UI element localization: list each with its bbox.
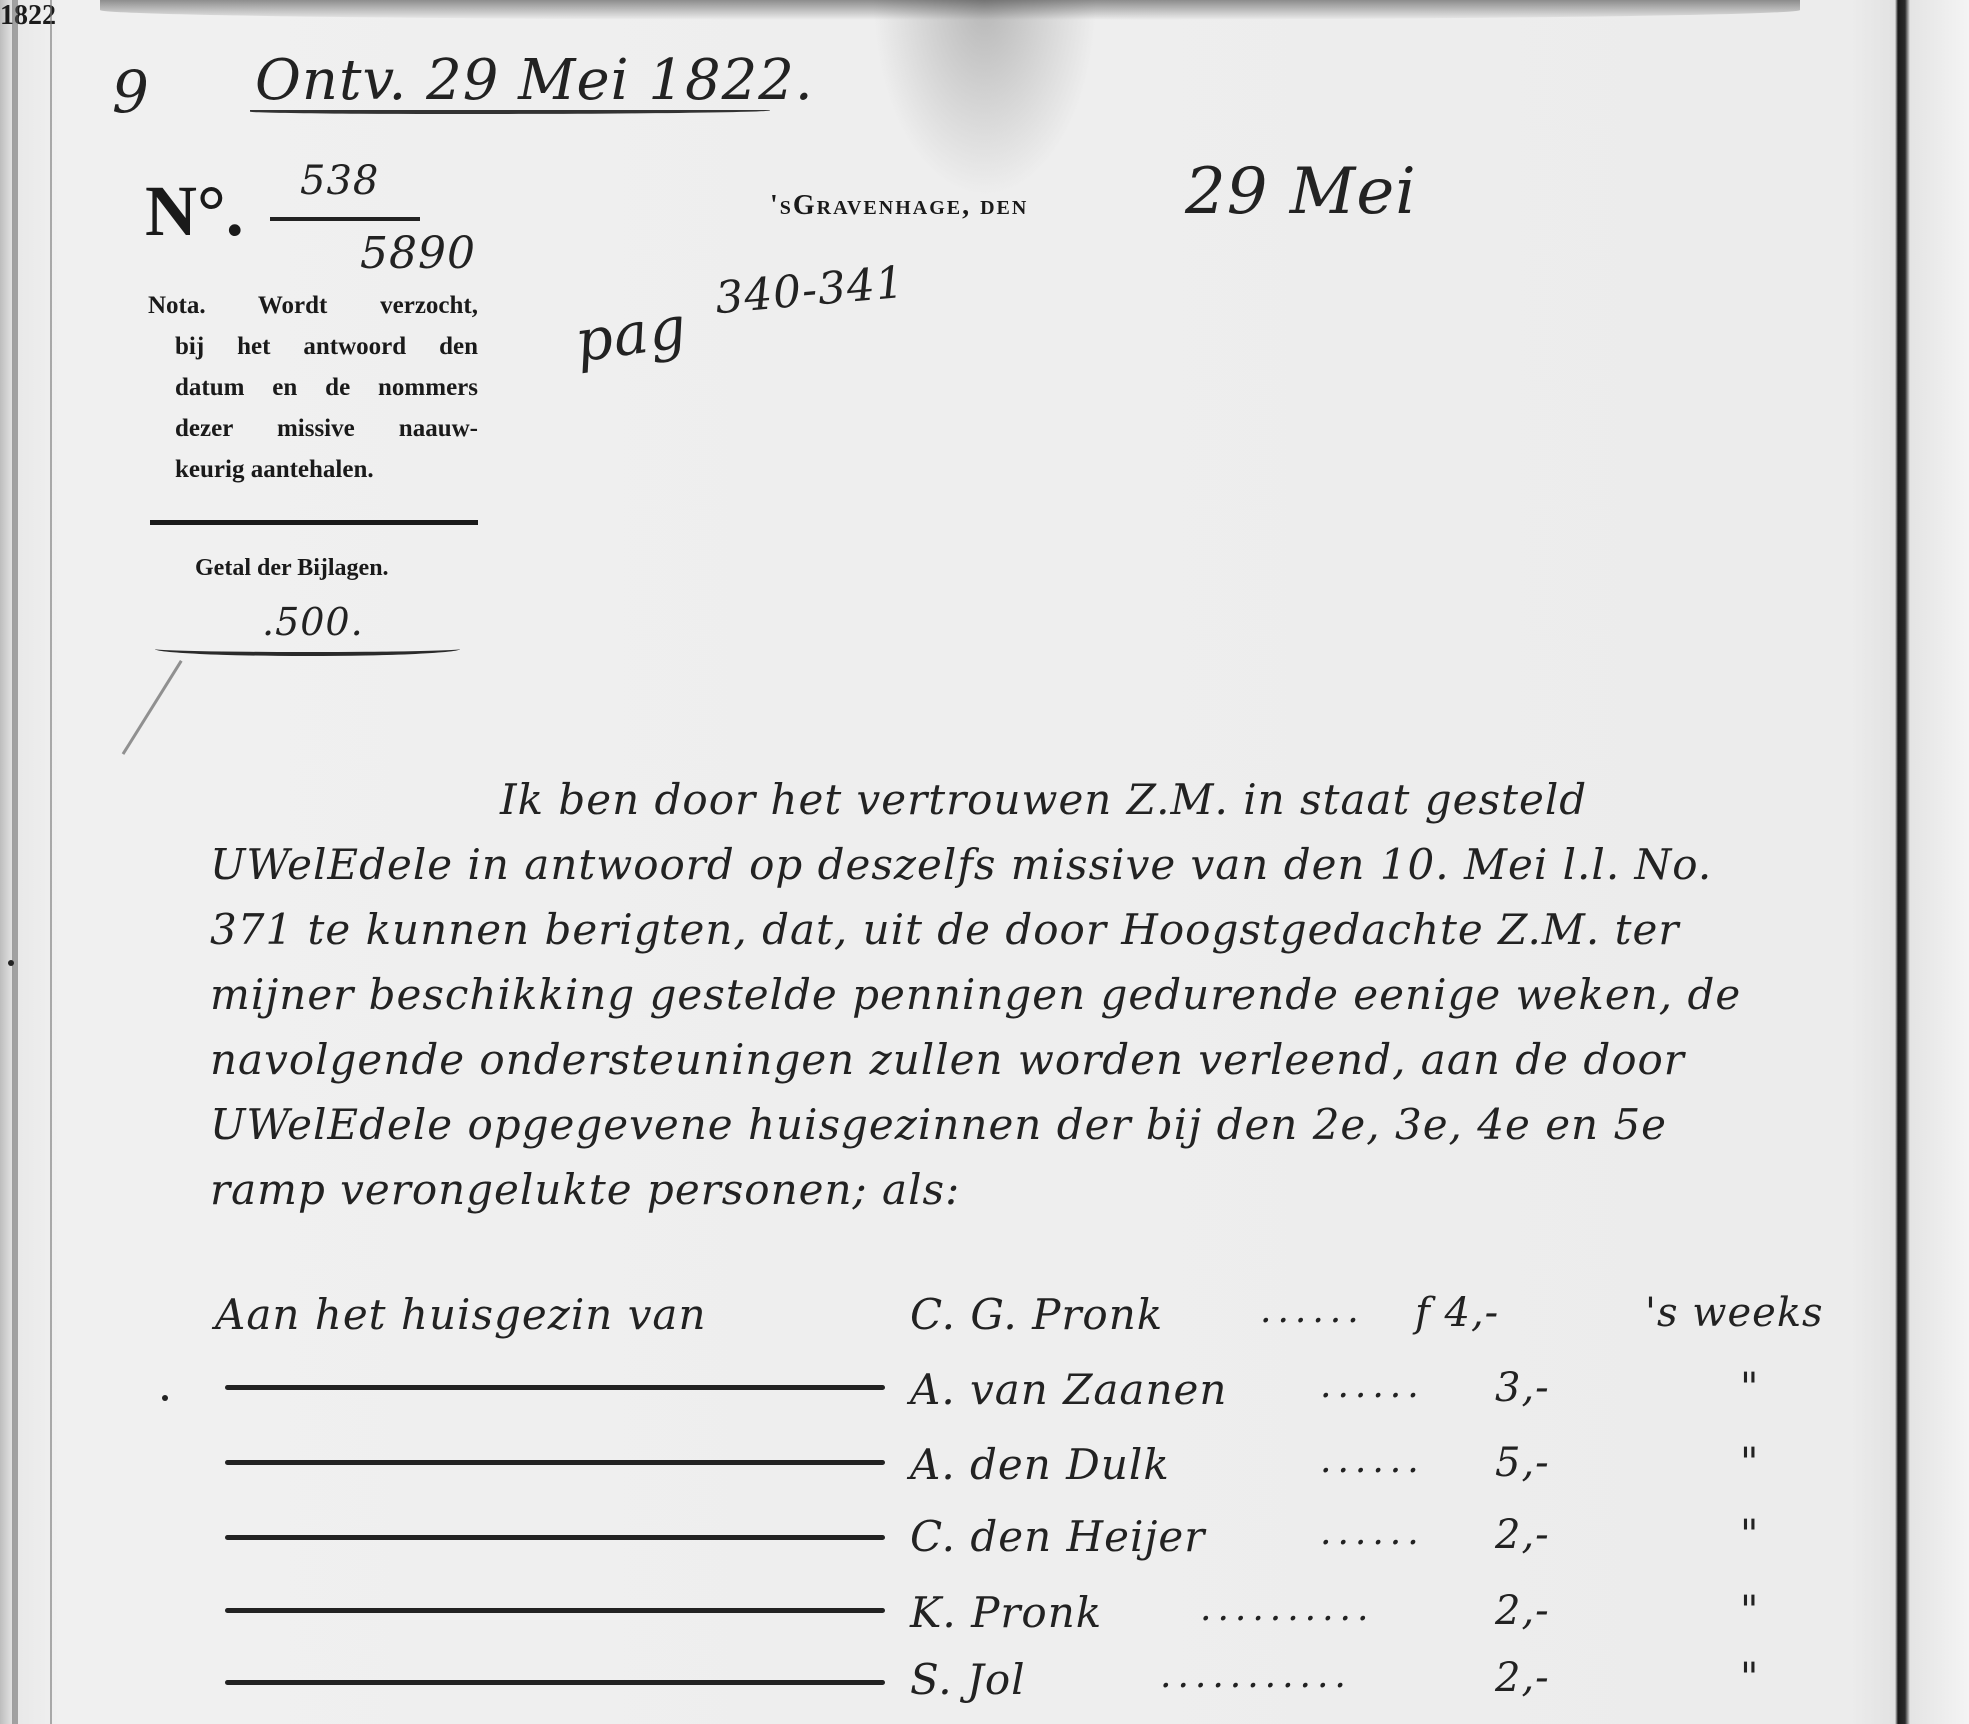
nota-block: Nota. Wordt verzocht, bij het antwoord d… <box>148 285 478 490</box>
year: 1822 <box>0 0 56 31</box>
entry-amount: f 4,- <box>1415 1290 1499 1336</box>
received-note-underline <box>250 108 770 114</box>
ditto-line <box>225 1535 885 1540</box>
ditto-line <box>225 1385 885 1390</box>
ink-dot <box>8 960 14 966</box>
entry-unit: " <box>1740 1365 1759 1411</box>
entry-amount: 5,- <box>1495 1440 1550 1486</box>
entry-name: C. G. Pronk <box>910 1290 1163 1339</box>
entry-leader-dots: ...... <box>1260 1290 1365 1331</box>
number-label: N°. <box>145 170 244 253</box>
entry-unit: " <box>1740 1440 1759 1486</box>
bijlagen-value: .500. <box>262 600 364 644</box>
nota-line: keurig aantehalen. <box>148 449 478 490</box>
entry-leader-dots: ...... <box>1320 1365 1425 1406</box>
number-bottom: 5890 <box>360 228 476 279</box>
entry-name: A. den Dulk <box>910 1440 1170 1489</box>
entry-amount: 3,- <box>1495 1365 1550 1411</box>
bijlagen-label: Getal der Bijlagen. <box>195 555 389 582</box>
nota-line: datum en de nommers <box>148 367 478 408</box>
entry-name: A. van Zaanen <box>910 1365 1227 1414</box>
nota-line: Nota. Wordt verzocht, <box>148 285 478 326</box>
body-line: UWelEdele in antwoord op deszelfs missiv… <box>210 840 1712 889</box>
entry-unit: " <box>1740 1655 1759 1701</box>
received-note: Ontv. 29 Mei 1822. <box>255 48 814 113</box>
entry-unit: 's weeks <box>1645 1290 1824 1336</box>
binding-edge <box>12 0 18 1724</box>
page-reference-value: 340-341 <box>713 257 907 324</box>
body-line: Ik ben door het vertrouwen Z.M. in staat… <box>500 775 1587 824</box>
date-handwritten: 29 Mei <box>1185 155 1417 229</box>
entry-leader-dots: ........... <box>1160 1655 1352 1696</box>
entry-leader-dots: ...... <box>1320 1512 1425 1553</box>
entry-name: S. Jol <box>910 1655 1026 1704</box>
entry-amount: 2,- <box>1495 1655 1550 1701</box>
nota-line: bij het antwoord den <box>148 326 478 367</box>
place-label: 'sGravenhage, den <box>770 190 1028 222</box>
entry-name: C. den Heijer <box>910 1512 1205 1561</box>
body-line: 371 te kunnen berigten, dat, uit de door… <box>210 905 1679 954</box>
body-line: mijner beschikking gestelde penningen ge… <box>210 970 1741 1019</box>
body-line: navolgende ondersteuningen zullen worden… <box>210 1035 1685 1084</box>
nota-line: dezer missive naauw- <box>148 408 478 449</box>
entry-leader-dots: .......... <box>1200 1588 1374 1629</box>
letterhead-rule <box>150 520 478 525</box>
ditto-line <box>225 1680 885 1685</box>
page-top-shadow <box>100 0 1800 20</box>
entry-unit: " <box>1740 1512 1759 1558</box>
entry-unit: " <box>1740 1588 1759 1634</box>
page-margin-line <box>50 0 52 1724</box>
number-divider <box>270 217 420 221</box>
body-line: UWelEdele opgegevene huisgezinnen der bi… <box>210 1100 1667 1149</box>
entry-amount: 2,- <box>1495 1512 1550 1558</box>
number-top: 538 <box>300 158 379 204</box>
pen-stroke <box>122 660 183 755</box>
folio-number: 9 <box>112 58 150 126</box>
ditto-line <box>225 1608 885 1613</box>
entry-leader-dots: ...... <box>1320 1440 1425 1481</box>
entry-name: K. Pronk <box>910 1588 1102 1637</box>
bijlagen-brace <box>155 642 460 656</box>
ditto-line <box>225 1460 885 1465</box>
body-line: ramp verongelukte personen; als: <box>210 1165 960 1214</box>
page-reference-label: pag <box>571 293 691 376</box>
list-intro: Aan het huisgezin van <box>215 1290 707 1339</box>
scanned-letter-page: 9 Ontv. 29 Mei 1822. N°. 538 5890 Nota. … <box>0 0 1969 1724</box>
entry-amount: 2,- <box>1495 1588 1550 1634</box>
ink-dot <box>162 1395 168 1401</box>
